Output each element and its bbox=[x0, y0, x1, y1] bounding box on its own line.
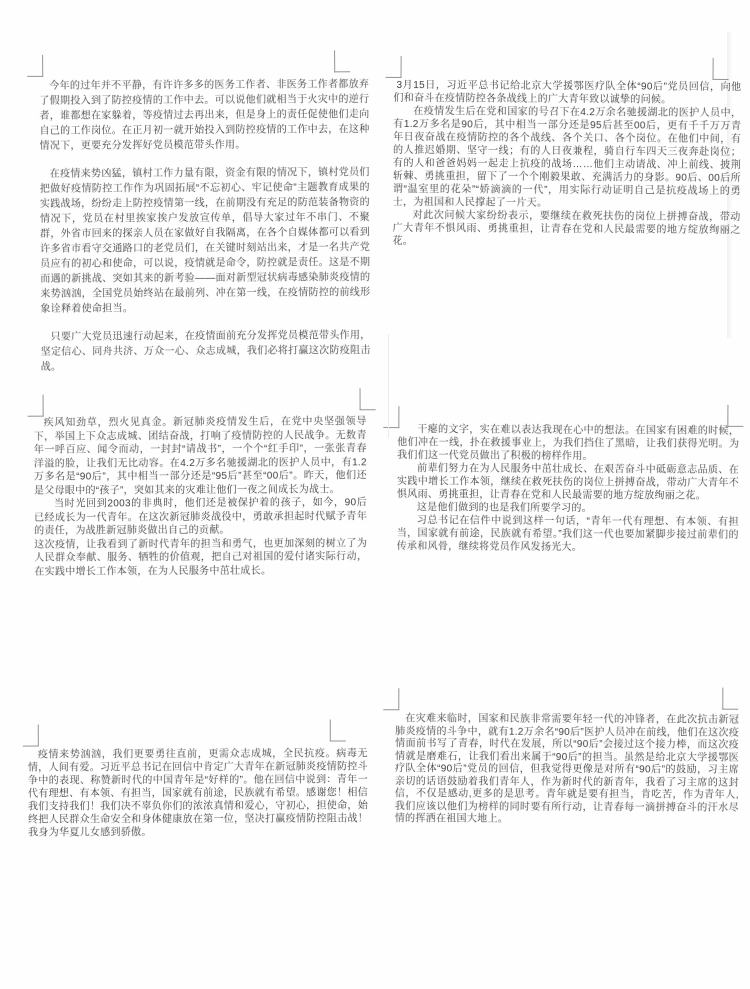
page-top-left-text: 今年的过年并不平静，有许许多多的医务工作者、非医务工作者都放弃了假期投入到了防控… bbox=[39, 77, 371, 375]
text-boundary-corner-icon bbox=[334, 50, 350, 72]
page-bottom-left-text: 疫情来势汹汹，我们更要勇往直前，更需众志成城，全民抗疫。病毒无情，人间有爱。习近… bbox=[28, 747, 368, 839]
scanned-page-middle-left: 疾风知劲草，烈火见真金。新冠肺炎疫情发生后，在党中央坚强领导下，举国上下众志成城… bbox=[34, 415, 368, 578]
paragraph: 疾风知劲草，烈火见真金。新冠肺炎疫情发生后，在党中央坚强领导下，举国上下众志成城… bbox=[34, 415, 367, 497]
text-boundary-corner-icon bbox=[23, 725, 39, 747]
page-middle-left-text: 疾风知劲草，烈火见真金。新冠肺炎疫情发生后，在党中央坚强领导下，举国上下众志成城… bbox=[34, 415, 368, 578]
paragraph: 3月15日，习近平总书记给北京大学援鄂医疗队全体“90后”党员回信，向他们和奋斗… bbox=[393, 79, 741, 107]
scanned-page-bottom-left: 疫情来势汹汹，我们更要勇往直前，更需众志成城，全民抗疫。病毒无情，人间有爱。习近… bbox=[28, 747, 368, 839]
scan-collage: 今年的过年并不平静，有许许多多的医务工作者、非医务工作者都放弃了假期投入到了防控… bbox=[0, 0, 750, 989]
paragraph: 在疫情发生后在党和国家的号召下在4.2万余名驰援湖北的医护人员中，有1.2万多名… bbox=[393, 105, 742, 211]
scanned-page-bottom-right: 在灾难来临时，国家和民族非常需要年轻一代的冲锋者，在此次抗击新冠肺炎疫情的斗争中… bbox=[395, 713, 739, 827]
paragraph: 疫情来势汹汹，我们更要勇往直前，更需众志成城，全民抗疫。病毒无情，人间有爱。习近… bbox=[28, 747, 368, 839]
page-bottom-right-text: 在灾难来临时，国家和民族非常需要年轻一代的冲锋者，在此次抗击新冠肺炎疫情的斗争中… bbox=[395, 713, 739, 827]
text-boundary-corner-icon bbox=[727, 405, 743, 427]
page-middle-right-text: 干瘪的文字，实在难以表达我现在心中的想法。在国家有困难的时候，他们冲在一线，扑在… bbox=[397, 423, 740, 555]
paragraph: 这次疫情，让我看到了新时代青年的担当和勇气，也更加深刻的树立了为人民群众奉献、服… bbox=[34, 537, 367, 579]
page-scan-seam bbox=[388, 334, 389, 438]
text-boundary-corner-icon bbox=[722, 688, 738, 710]
paragraph: 干瘪的文字，实在难以表达我现在心中的想法。在国家有困难的时候，他们冲在一线，扑在… bbox=[397, 423, 739, 464]
paragraph: 在灾难来临时，国家和民族非常需要年轻一代的冲锋者，在此次抗击新冠肺炎疫情的斗争中… bbox=[395, 713, 739, 827]
scanned-page-top-right: 3月15日，习近平总书记给北京大学援鄂医疗队全体“90后”党员回信，向他们和奋斗… bbox=[392, 79, 741, 250]
page-edge-shadow bbox=[727, 32, 733, 338]
text-boundary-corner-icon bbox=[28, 395, 44, 417]
paragraph: 前辈们努力在为人民服务中茁壮成长、在艰苦奋斗中砥砺意志品质、在实践中增长工作本领… bbox=[397, 462, 739, 503]
text-boundary-corner-icon bbox=[330, 719, 346, 741]
scanned-page-top-left: 今年的过年并不平静，有许许多多的医务工作者、非医务工作者都放弃了假期投入到了防控… bbox=[39, 77, 371, 375]
paragraph: 对此次问候大家纷纷表示，要继续在救死扶伤的岗位上拼搏奋战，带动广大青年不惧风雨、… bbox=[392, 209, 740, 250]
text-boundary-corner-icon bbox=[386, 56, 402, 78]
paragraph: 当时光回到2003的非典时，他们还是被保护着的孩子，如今，90后已经成长为一代青… bbox=[34, 496, 367, 538]
text-boundary-corner-icon bbox=[360, 388, 376, 410]
page-top-right-text: 3月15日，习近平总书记给北京大学援鄂医疗队全体“90后”党员回信，向他们和奋斗… bbox=[392, 79, 741, 250]
text-boundary-corner-icon bbox=[383, 688, 399, 710]
paragraph: 习总书记在信件中说到这样一句话，“青年一代有理想、有本领、有担当，国家就有前途，… bbox=[397, 514, 739, 555]
text-boundary-corner-icon bbox=[27, 55, 43, 77]
scanned-page-middle-right: 干瘪的文字，实在难以表达我现在心中的想法。在国家有困难的时候，他们冲在一线，扑在… bbox=[397, 423, 740, 555]
paragraph: 今年的过年并不平静，有许许多多的医务工作者、非医务工作者都放弃了假期投入到了防控… bbox=[39, 77, 369, 154]
paragraph: 在疫情来势凶猛，镇村工作力量有限，资金有限的情况下，镇村党员们把做好疫情防控工作… bbox=[40, 165, 371, 317]
paragraph: 只要广大党员迅速行动起来，在疫情面前充分发挥党员模范带头作用，坚定信心、同舟共济… bbox=[41, 328, 371, 375]
